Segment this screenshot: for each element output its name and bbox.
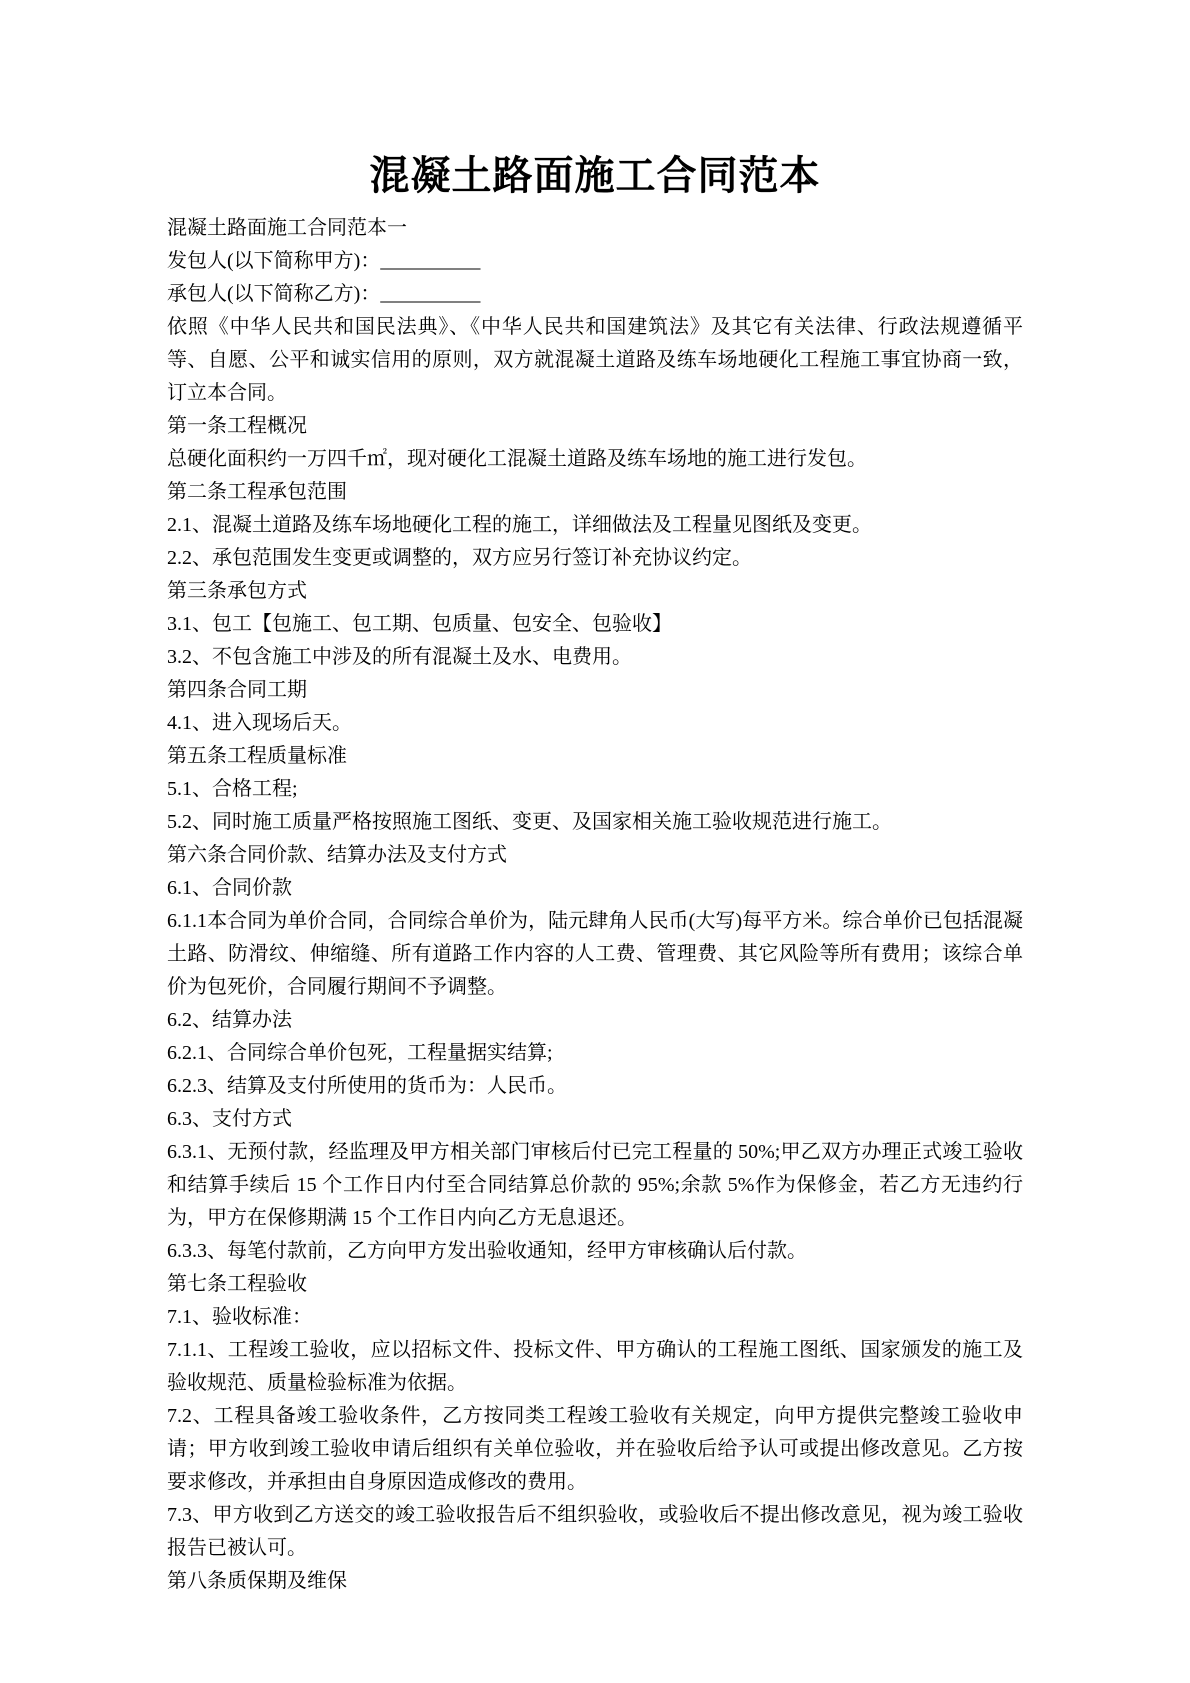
paragraph-clause-7-2: 7.2、工程具备竣工验收条件，乙方按同类工程竣工验收有关规定，向甲方提供完整竣工…: [167, 1400, 1023, 1499]
heading-article-2: 第二条工程承包范围: [167, 476, 1023, 509]
paragraph-party-a-blank: 发包人(以下简称甲方)：__________: [167, 245, 1023, 278]
heading-article-1: 第一条工程概况: [167, 410, 1023, 443]
heading-article-6: 第六条合同价款、结算办法及支付方式: [167, 839, 1023, 872]
paragraph-clause-6-1-1: 6.1.1本合同为单价合同，合同综合单价为，陆元肆角人民币(大写)每平方米。综合…: [167, 905, 1023, 1004]
contract-document-page: 混凝土路面施工合同范本 混凝土路面施工合同范本一 发包人(以下简称甲方)：___…: [0, 0, 1190, 1683]
paragraph-clause-6-2: 6.2、结算办法: [167, 1004, 1023, 1037]
paragraph-article-1-body: 总硬化面积约一万四千㎡，现对硬化工混凝土道路及练车场地的施工进行发包。: [167, 443, 1023, 476]
paragraph-clause-2-1: 2.1、混凝土道路及练车场地硬化工程的施工，详细做法及工程量见图纸及变更。: [167, 509, 1023, 542]
paragraph-intro-subtitle: 混凝土路面施工合同范本一: [167, 212, 1023, 245]
paragraph-clause-6-2-1: 6.2.1、合同综合单价包死，工程量据实结算;: [167, 1037, 1023, 1070]
paragraph-clause-6-3: 6.3、支付方式: [167, 1103, 1023, 1136]
paragraph-clause-7-1: 7.1、验收标准：: [167, 1301, 1023, 1334]
paragraph-clause-7-1-1: 7.1.1、工程竣工验收，应以招标文件、投标文件、甲方确认的工程施工图纸、国家颁…: [167, 1334, 1023, 1400]
heading-article-5: 第五条工程质量标准: [167, 740, 1023, 773]
paragraph-clause-5-1: 5.1、合格工程;: [167, 773, 1023, 806]
paragraph-clause-4-1: 4.1、进入现场后天。: [167, 707, 1023, 740]
heading-article-3: 第三条承包方式: [167, 575, 1023, 608]
paragraph-clause-6-1: 6.1、合同价款: [167, 872, 1023, 905]
heading-article-4: 第四条合同工期: [167, 674, 1023, 707]
document-body: 混凝土路面施工合同范本一 发包人(以下简称甲方)：__________ 承包人(…: [167, 212, 1023, 1598]
paragraph-clause-5-2: 5.2、同时施工质量严格按照施工图纸、变更、及国家相关施工验收规范进行施工。: [167, 806, 1023, 839]
document-title: 混凝土路面施工合同范本: [0, 0, 1190, 202]
paragraph-preamble: 依照《中华人民共和国民法典》、《中华人民共和国建筑法》及其它有关法律、行政法规遵…: [167, 311, 1023, 410]
paragraph-party-b-blank: 承包人(以下简称乙方)：__________: [167, 278, 1023, 311]
paragraph-clause-6-2-3: 6.2.3、结算及支付所使用的货币为：人民币。: [167, 1070, 1023, 1103]
heading-article-7: 第七条工程验收: [167, 1268, 1023, 1301]
paragraph-clause-3-1: 3.1、包工【包施工、包工期、包质量、包安全、包验收】: [167, 608, 1023, 641]
paragraph-clause-7-3: 7.3、甲方收到乙方送交的竣工验收报告后不组织验收，或验收后不提出修改意见，视为…: [167, 1499, 1023, 1565]
paragraph-clause-3-2: 3.2、不包含施工中涉及的所有混凝土及水、电费用。: [167, 641, 1023, 674]
heading-article-8: 第八条质保期及维保: [167, 1565, 1023, 1598]
paragraph-clause-6-3-1: 6.3.1、无预付款，经监理及甲方相关部门审核后付已完工程量的 50%;甲乙双方…: [167, 1136, 1023, 1235]
paragraph-clause-2-2: 2.2、承包范围发生变更或调整的，双方应另行签订补充协议约定。: [167, 542, 1023, 575]
paragraph-clause-6-3-3: 6.3.3、每笔付款前，乙方向甲方发出验收通知，经甲方审核确认后付款。: [167, 1235, 1023, 1268]
